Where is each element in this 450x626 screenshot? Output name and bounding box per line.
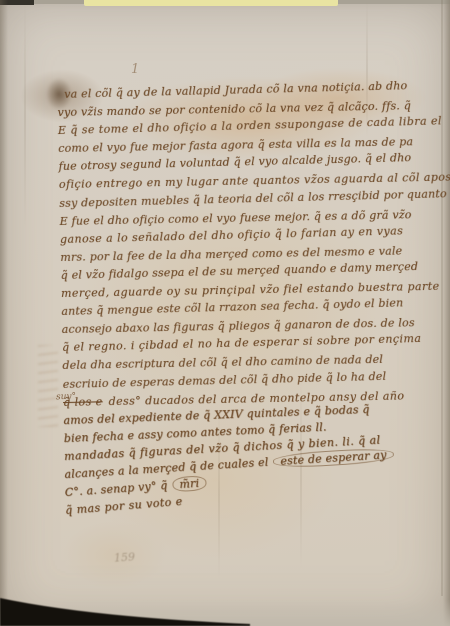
- manuscript-scan: 1 va el cõl q̃ ay de la vallapid Jurada…: [0, 0, 450, 626]
- interlinear-correction: suy°: [56, 392, 76, 403]
- top-mark: 1: [131, 62, 139, 77]
- binding-shadow: [0, 592, 250, 626]
- text-block: va el cõl q̃ ay de la vallapid Jurada c…: [0, 77, 450, 521]
- encircled-rubric: m̃ri: [172, 475, 207, 492]
- top-tab: [84, 0, 338, 6]
- folio-number: 159: [114, 550, 136, 564]
